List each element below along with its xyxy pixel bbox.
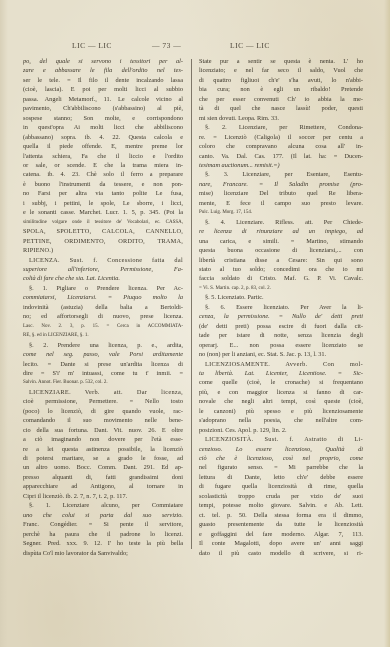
text-line: più, e con maggior licenza si fanno di c… <box>199 388 363 397</box>
text-line: LICENZIOSITÀ. Sust. f. Astratto di Li- <box>199 435 363 444</box>
text-line: commiatarsi, Licenziarsi. = Piuquo molto… <box>23 293 183 302</box>
text-line: PETTINE, ORDIMENTO, ORDITO, TRAMA, <box>23 237 183 246</box>
text-line: faccia soldato di Cristo. Maf. G. P. Vi.… <box>199 274 363 283</box>
text-line: nel figurato senso. = Mi parrebbe che la <box>199 463 363 472</box>
text-line: (abbassano) sopra. ib. 4. 22. Questa cal… <box>23 133 183 142</box>
text-line: re a lei questa astinenza possibile, la … <box>23 445 183 454</box>
text-line: pavimento, Ch'abbiliscono (s'abbassino) … <box>23 104 183 113</box>
text-line: perchè ha paura che il padrone lo licenz… <box>23 530 183 539</box>
text-line: indovinità (astuzia) della balia a Berto… <box>23 303 183 312</box>
text-line: (de' detti preti) possa escire di fuori … <box>199 322 363 331</box>
text-line: cenzioso. Lo essere licenzioso, Qualità … <box>199 445 363 454</box>
text-line: dato il più casto modello di scrivere, s… <box>199 549 363 558</box>
text-line: tade per istare di notte, senza licenzia… <box>199 331 363 340</box>
text-line: re licenza di rinunziare ad un impiego, … <box>199 227 363 236</box>
text-line: i subbj, i pettini, le spole, Le sborre,… <box>23 199 183 208</box>
text-line: LICENZIARE. Verb. att. Dar licenza, <box>23 388 183 397</box>
text-line: Cipri il licenziò. ib. 2. 7, n. 7, t. 2,… <box>23 492 183 501</box>
text-line: licenziato; e nel far seco il saldo, Vuo… <box>199 66 363 75</box>
text-line: LICENZIOSAMENTE. Avverb. Con mol- <box>199 360 363 369</box>
text-line: superiore all'inferiore, Permissione, Fa… <box>23 265 183 274</box>
text-line: State pur a sentir se questa è nenta. L'… <box>199 57 363 66</box>
header-left-guideword: LIC — LIC <box>72 41 112 50</box>
text-line: = Vi. S. Martin. cap. 2, p. 83, col. 2. <box>199 284 363 293</box>
text-line: lecito. = Dante si prese un'ardita licen… <box>23 360 183 369</box>
text-line: e goffaggini del fare moderno. Algar. 7,… <box>199 530 363 539</box>
text-line: a ciò imaginando non dovere per l'età es… <box>23 435 183 444</box>
text-line: catena. ib. 4. 23. Chè solo il ferro a p… <box>23 170 183 179</box>
text-line: §. 2. Licenziare, per Rimettere, Condona… <box>199 123 363 132</box>
text-line: tà di quel che nasce lassù! poder, quest… <box>199 104 363 113</box>
text-line: cenza, la permissione. = Nullo de' detti… <box>199 312 363 321</box>
page-number: — 73 — <box>152 41 181 50</box>
text-line: lettura di Dante, letto ch'e' debbe esse… <box>199 473 363 482</box>
text-line: scolasticità troppo cruda per vizio de' … <box>199 492 363 501</box>
text-line: Lasc. Nov. 2. 3, p. 15. = Cerca in ACCOM… <box>23 322 183 331</box>
text-line: RIPIENO.) <box>23 246 183 255</box>
text-line: Segner. Pred. xxx. 9. 12. I' ho teste la… <box>23 539 183 548</box>
text-line: di quattro figliuoi ch'e' s'ha avuti, lo… <box>199 76 363 85</box>
text-line: cioè permissione, Permettere. = Nello to… <box>23 397 183 406</box>
text-line: comandando il suo movimento nelle bene- <box>23 416 183 425</box>
text-line: nare, Francare. = Il Saladin promise (pr… <box>199 180 363 189</box>
text-line: canto. Va. Dal. Cas. 177. (Il lat. ha: =… <box>199 152 363 161</box>
text-line: presso alquanti di, fatti grandissimi do… <box>23 473 183 482</box>
text-line: in quest'opra Ai molti licci che abbilis… <box>23 123 183 132</box>
text-line: §. 5. Licenziato. Partic. <box>199 293 363 302</box>
text-line: tesimam auctionum... remisit.=) <box>199 161 363 170</box>
text-line: (poco) lo licenziò, di gire quando vuole… <box>23 407 183 416</box>
text-line: sospese stanno; Son molte, e corrispondo… <box>23 114 183 123</box>
text-line: quella il piede offende. E, mentre preme… <box>23 142 183 151</box>
left-column: po, del quale si servono i tessitori per… <box>23 57 183 558</box>
text-line: libertà cristiana disse a Cesare: Sin qu… <box>199 256 363 265</box>
text-line: le canzoni) più spesso e più licenziosam… <box>199 407 363 416</box>
text-line: un altro uomo. Bocc. Comm. Dant. 291. Ed… <box>23 463 183 472</box>
text-line: ser le tele. = Il filo il dente incalzan… <box>23 76 183 85</box>
text-line: coltà di fare che che sia. Lat. Licentia… <box>23 274 183 283</box>
text-line: zare e abbassare le fila dell'ordito nel… <box>23 66 183 75</box>
text-line: mise) licenziare Del tributo quel Re lib… <box>199 189 363 198</box>
text-line: re. = Licenziò (Caligola) il soccer per … <box>199 133 363 142</box>
text-line: no; ed affortorsegli di nuovo, prese lic… <box>23 312 183 321</box>
text-line: come nel seg. passo, vale Porsi arditame… <box>23 350 183 359</box>
text-line: stato al tuo soldo; concedimi ora che io… <box>199 265 363 274</box>
text-line: posizioni. Ces. Apol. p. 129, lin. 2. <box>199 426 363 435</box>
text-line: or sale, or scende. E che la trama miera… <box>23 161 183 170</box>
text-line: e le sonanti casse. Marchet. Lucr. 1. 5,… <box>23 208 183 217</box>
text-line: guasto presentemente da tutte le licenzi… <box>199 520 363 529</box>
text-line: mente, E fece il campo suo presto levare… <box>199 199 363 208</box>
column-divider <box>191 59 192 549</box>
text-line: ciò che è licenzioso, così nel proprio, … <box>199 454 363 463</box>
text-line: similitudine volgare onde il tessitore d… <box>23 218 183 227</box>
text-line: §. 1. Licenziare alcuno, per Commiatare <box>23 501 183 510</box>
text-line: ct. tel. p. 50. Della stessa forma era i… <box>199 511 363 520</box>
text-line: Salvin. Annot. Fier. Buonar. p. 532, col… <box>23 378 183 387</box>
text-line: operarj. E... non possa essere licenziat… <box>199 341 363 350</box>
text-line: §. 3. Licenziare, per Esentare, Esentu- <box>199 170 363 179</box>
text-line: questa buona occasione di licenziarsi,..… <box>199 246 363 255</box>
text-line: novale che negli altri tempi, così quest… <box>199 397 363 406</box>
text-line: l'attenta schiera, Fa che il liccio e l'… <box>23 152 183 161</box>
text-line: Il conte Magalotti, dopo avere un' anni … <box>199 539 363 548</box>
text-line: uno che colui si parta dal suo servizio. <box>23 511 183 520</box>
text-line: §. 6. Essere licenziato. Per Aver la li- <box>199 303 363 312</box>
text-line: che per esser convenuti Ch' io abbia la … <box>199 95 363 104</box>
running-header: LIC — LIC — 73 — LIC — LIC <box>0 41 390 53</box>
text-line: §. 1. Pigliare o Prendere licenza. Per A… <box>23 284 183 293</box>
text-line: passa. Angeli Metamorf., 11. Le calcole … <box>23 95 183 104</box>
text-line: RE, §. ed in LICENZIARE, §. 1. <box>23 331 183 340</box>
text-line: come quelle (cioè, le cronache) si frequ… <box>199 378 363 387</box>
text-line: cio della sua fortuna. Dant. Vit. nuov. … <box>23 426 183 435</box>
text-line: dire = S'i' m' intuassi, come tu t' inmi… <box>23 369 183 378</box>
text-line: §. 4. Licenziare. Rifless. att. Per Chie… <box>199 218 363 227</box>
text-line: bia cura; non è egli un ribaldo! Pretend… <box>199 85 363 94</box>
text-line: Pulc. Luig. Morg. 17, 154. <box>199 208 363 217</box>
text-line: §. 2. Prendere una licenza, p. e., ardit… <box>23 341 183 350</box>
text-line: dispùta Co'l mio lavorator da Sanvivaldo… <box>23 549 183 558</box>
text-line: coloro che compravano alcuna cosa all' i… <box>199 142 363 151</box>
page-edge-right <box>384 0 390 647</box>
text-line: ta libertà. Lat. Licenter, Licentiose. =… <box>199 369 363 378</box>
text-line: (cioè, lascia). E poi per molti licci al… <box>23 85 183 94</box>
text-line: no (non) per li anziani, ec. Stat. S. Ja… <box>199 350 363 359</box>
page-edge-left <box>0 0 8 647</box>
right-column: State pur a sentir se questa è nenta. L'… <box>199 57 363 558</box>
text-line: tempi, potesse molto giovare. Salvin. e … <box>199 501 363 510</box>
text-line: Franc. Congédier. = Si pente il servitor… <box>23 520 183 529</box>
text-line: di potersi maritare, se a grado le fosse… <box>23 454 183 463</box>
text-line: LICENZA. Sust. f. Concessione fatta dal <box>23 256 183 265</box>
header-right-guideword: LIC — LIC <box>230 41 270 50</box>
text-line: s'adoprano nella poesia, che nell'altre … <box>199 416 363 425</box>
text-line: una carica, e simili. = Martino, stimand… <box>199 237 363 246</box>
text-line: apparecchiare ad Antigono, al tornare in <box>23 482 183 491</box>
text-line: è buono l'instrumenti da tessere, e non … <box>23 180 183 189</box>
text-line: no Farsi per altra via tanto polite Le f… <box>23 189 183 198</box>
text-line: SPOLA, SPOLETTO, CALCOLA, CANNELLO, <box>23 227 183 236</box>
text-columns: po, del quale si servono i tessitori per… <box>23 57 363 557</box>
text-line: di fugare quella licenziosità di rime, q… <box>199 482 363 491</box>
text-line: mi sien dovuti. Leopa. Rim. 33. <box>199 114 363 123</box>
text-line: po, del quale si servono i tessitori per… <box>23 57 183 66</box>
